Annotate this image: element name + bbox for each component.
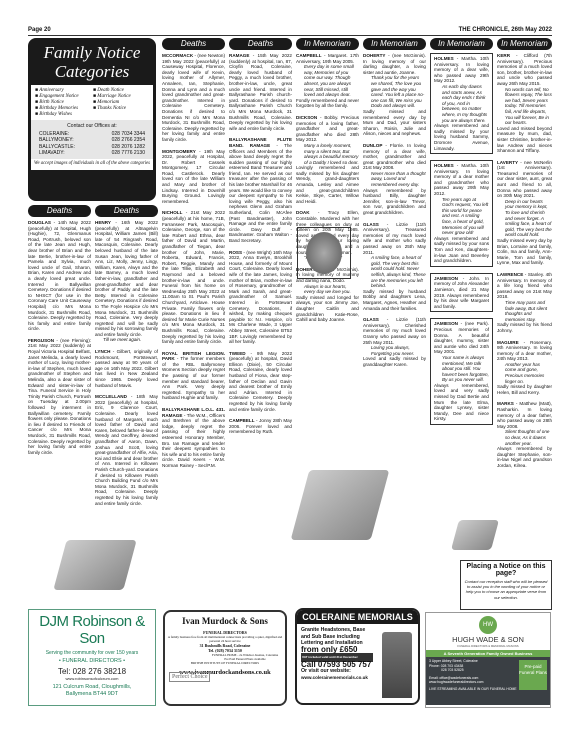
notice-entry: DOHERTY - (nee McGinnis). In loving memo… — [363, 53, 426, 137]
category-item: Birthday Memories — [35, 106, 91, 111]
notice-verse: Loving you always, Forgetting you never. — [363, 345, 426, 356]
notice-entry: LAWRENCE - Stanley. 4th Anniversary. In … — [497, 272, 552, 334]
notice-signoff: Always remembered and sadly missed by yo… — [434, 123, 489, 151]
notice-signoff: Sadly missed and remembered every day by… — [363, 109, 426, 137]
column-3: Deaths MCCORMACK - (nee Newton) 19th May… — [162, 38, 225, 475]
category-item: Engagement Notice — [35, 94, 91, 99]
notice-name: ROSS — [229, 250, 242, 255]
column-6: In Memoriam DOHERTY - (nee McGinnis). In… — [363, 38, 426, 373]
notice-name: MAGUIRE — [497, 340, 519, 345]
notice-verse: No words can tell, No flowers repay, The… — [497, 87, 552, 126]
notice-signoff: Sadly missed every day by Brian, Lorrain… — [497, 238, 552, 266]
notice-entry: GLASS - Lizzie (11th Anniversary). Treas… — [363, 222, 426, 312]
section-header-memoriam: In Memoriam — [497, 38, 552, 50]
notice-name: MCCORMACK — [162, 53, 193, 58]
advert-name: Ivan Murdock & Sons — [167, 616, 283, 626]
notice-entry: LAVERTY - nee McNerlin (1st Anniversary)… — [497, 160, 552, 266]
notice-verse: Many a lonely moment, many a silent tear… — [296, 143, 359, 165]
notice-name: KERR — [497, 53, 510, 58]
page-header: Page 20 THE CHRONICLE, 26th May 2022 — [28, 27, 552, 35]
prepaid-plans-badge: Pre-paid Funeral Plans — [519, 660, 547, 690]
notice-text: ROYAL BRITISH LEGION. PARK - The former … — [162, 351, 225, 401]
advert-tagline: Serving the community for over 150 years — [29, 650, 155, 656]
notice-name: CAMPBELL — [296, 53, 322, 58]
notice-text: MONTGOMERY - 19th May 2022, peacefully a… — [162, 149, 225, 205]
advert-address: 121 Culcrum Road, Cloughmills,Ballymena … — [29, 684, 155, 698]
notice-name: DICKSON — [296, 115, 317, 120]
notice-verse: Always in our hearts, every day we love … — [296, 284, 359, 295]
masthead: THE CHRONICLE, 26th May 2022 — [459, 27, 552, 33]
crest-icon — [306, 232, 342, 274]
advert-website[interactable]: www.robinsonsofculcrum.com — [29, 676, 155, 681]
office-row: LIMAVADY:028 7776 2130 — [39, 150, 145, 156]
notice-signoff: Sadly missed by daughter Helen, Bill and… — [497, 384, 552, 395]
column-2: Deaths HENRY - 16th May 2022 (peacefully… — [95, 205, 158, 512]
notice-entry: RAMAGE - 15th May 2022 (suddenly) at hos… — [229, 53, 292, 131]
placing-notice-box: Placing a Notice on this page? Contact o… — [460, 560, 552, 610]
bible-image — [451, 520, 499, 550]
notice-text: HOLMES - Martha. 10th Anniversary. In lo… — [434, 163, 489, 197]
contact-offices: Contact our Offices at: COLERAINE:028 70… — [31, 120, 153, 159]
advert-phone: Tel: 028 276 38218 — [29, 667, 155, 676]
notice-text: FERGUSON - (nee Fleming): 21st May 2022 … — [28, 338, 91, 455]
office-name: LIMAVADY: — [39, 150, 65, 156]
notice-entry: JAMIESON - (nee Park). Precious memories… — [430, 318, 493, 425]
notice-entry: MONTGOMERY - 19th May 2022, peacefully a… — [162, 149, 225, 205]
notice-text: DICKSON - Bobby. Precious memories of a … — [296, 115, 359, 143]
bible-image — [53, 540, 136, 590]
notice-text: DOHERTY - (nee McGinnis). In loving memo… — [363, 53, 426, 75]
notice-text: BALLYRASHANE FLUTE BAND. RAMAGE - The Of… — [229, 137, 292, 243]
category-list: AnniversaryDeath NoticeEngagement Notice… — [31, 85, 153, 120]
notice-name: DUNLOP — [363, 143, 382, 148]
office-phone: 028 7776 2130 — [112, 150, 145, 156]
notice-entry: CAMPBELL - Margaret. 17th Anniversary, 1… — [296, 53, 359, 109]
advert-website[interactable]: www.colerainememorials.co.uk — [301, 675, 373, 682]
category-item: Thanks Notice — [93, 106, 149, 111]
notice-verse: Thank you for the years we shared, The l… — [363, 75, 426, 109]
notice-text: CAMPBELL - Margaret. 17th Anniversary, 1… — [296, 53, 359, 64]
notice-text: LYNCH - Gilbert, originally of Rockmount… — [95, 349, 158, 388]
notice-verse: Your name is always mentioned, We talk a… — [434, 355, 489, 383]
notice-entry: HENRY - 16th May 2022 (peacefully) at Al… — [95, 220, 158, 343]
notice-signoff: Lovingly remembered and sadly missed by … — [296, 165, 359, 204]
notice-text: NICHOLL - 21st May 2022 (peacefully) at … — [162, 210, 225, 344]
notice-name: HOLMES — [434, 56, 454, 61]
notice-entry: DICKSON - Bobby. Precious memories of a … — [296, 115, 359, 205]
notice-entry: BALLYRASHANE FLUTE BAND. RAMAGE - The Of… — [229, 137, 292, 243]
notice-entry: TWEED - 9th May 2022 (peacefully) at hos… — [229, 351, 292, 413]
notice-verse: As each day dawns and starts anew, As ea… — [434, 84, 489, 123]
notice-verse: Till we meet again. — [95, 337, 158, 343]
notice-name: MCCLELLAND — [95, 394, 127, 399]
notice-text: JAMIESON - (nee Park). Precious memories… — [434, 321, 489, 355]
notice-entry: DUNLOP - Florrie. In loving memory of a … — [363, 143, 426, 216]
column-5: In Memoriam CAMPBELL - Margaret. 17th An… — [296, 38, 359, 329]
section-header-memoriam: In Memoriam — [296, 38, 359, 50]
hugh-wade-advert[interactable]: HW HUGH WADE & SON FUNERAL DIRECTORS & M… — [425, 612, 551, 708]
notice-name: LYNCH — [95, 349, 110, 354]
notice-name: NICHOLL — [162, 210, 182, 215]
category-item: Death Notice — [93, 88, 149, 93]
column-1: Deaths DOUGLAS - 14th May 2022 (peaceful… — [28, 205, 91, 461]
notice-name: GLASS — [363, 222, 379, 227]
notice-verse: Time may pass and fade away, But silent … — [497, 300, 552, 322]
notice-name: HENRY — [95, 220, 111, 225]
notice-signoff: Sadly missed by his friend Johnny. — [497, 322, 552, 333]
notice-entry: ROYAL BRITISH LEGION. PARK - The former … — [162, 351, 225, 401]
notice-name: JAMIESON — [434, 321, 458, 326]
category-item: Anniversary — [35, 88, 91, 93]
notice-text: RAMAGE - 15th May 2022 (suddenly) at hos… — [229, 53, 292, 131]
page-number: Page 20 — [28, 27, 51, 33]
notice-entry: CAMPBELL - Jonny 28th May 2006. Forever … — [229, 418, 292, 435]
advert-name: DJM Robinson & Son — [29, 613, 155, 647]
contact-title: Contact our Offices at: — [39, 123, 145, 129]
notice-name: DOAK — [296, 210, 310, 215]
notice-entry: DOUGLAS - 14th May 2022 (peacefully) at … — [28, 220, 91, 332]
category-item: Birth Notice — [35, 100, 91, 105]
notice-entry: HOLMES - Martha. 10th Anniversary. In lo… — [430, 160, 493, 267]
advert-contact: 3 Upper Abbey Street, Coleraine Phone: 0… — [426, 657, 550, 705]
notice-text: CAMPBELL - Jonny 28th May 2006. Forever … — [229, 418, 292, 435]
notice-text: MCCORMACK - (nee Newton) 19th May 2022 (… — [162, 53, 225, 143]
notice-entry: HOLMES - Martha. 10th Anniversary. In lo… — [430, 53, 493, 154]
notice-entry: KERR - Clifford (7th Anniversary). Preci… — [497, 53, 552, 154]
notice-entry: GLASS - Lizzie (11th Anniversary). Cheri… — [363, 317, 426, 367]
notice-name: LAVERTY — [497, 160, 518, 165]
notice-verse: Silent thoughts of one so dear, As it da… — [497, 429, 552, 446]
section-header-deaths: Deaths — [95, 205, 158, 217]
notice-name: LAWRENCE — [497, 272, 523, 277]
headstone-image — [382, 632, 412, 698]
notice-entry: BALLYRASHANE L.O.L. 431. RAMAGE - The W.… — [162, 407, 225, 469]
notice-name: ROYAL BRITISH LEGION. PARK — [162, 351, 225, 362]
hw-logo-icon: HW — [479, 616, 497, 634]
notice-text: MCCLELLAND - 18th May 2022 (peacefully) … — [95, 394, 158, 506]
advert-name: HUGH WADE & SON — [426, 635, 550, 644]
notice-name: TWEED — [229, 351, 246, 356]
advert-institute: BRITISH INSTITUTE OF FUNERAL DIRECTORS — [167, 661, 283, 665]
accept-images-note: We accept images of individuals in all o… — [31, 159, 153, 170]
notice-text: MARKS - Matthew (Matt), Rasharkin. In lo… — [497, 401, 552, 429]
notice-name: JAMIESON — [434, 276, 458, 281]
header-rule — [28, 35, 552, 36]
section-header-deaths: Deaths — [162, 38, 225, 50]
notice-name: GLASS — [363, 317, 379, 322]
notice-name: FERGUSON — [28, 338, 54, 343]
notice-verse: A smiling face, a heart of gold, The ver… — [363, 255, 426, 289]
notice-name: DOHERTY — [363, 53, 385, 58]
bible-image — [291, 470, 390, 540]
notice-entry: FERGUSON - (nee Fleming): 21st May 2022 … — [28, 338, 91, 455]
advert-description: A family business free from all multinat… — [167, 635, 283, 643]
category-item: Birthday Wishes — [35, 112, 91, 117]
advert-banner: A Seventh Generation Family Owned Busine… — [426, 650, 550, 657]
notice-entry: MAGUIRE - Rosemary. 9th Anniversary. In … — [497, 340, 552, 396]
section-header-deaths: Deaths — [229, 38, 292, 50]
notice-text: HENRY - 16th May 2022 (peacefully) at Al… — [95, 220, 158, 337]
notice-verse: Never more than a thought away, Loved an… — [363, 171, 426, 188]
coleraine-memorials-advert[interactable]: COLERAINE MEMORIALS Granite Headstones, … — [295, 608, 420, 705]
notice-verse: Another year has come and gone, Precious… — [497, 362, 552, 384]
notice-entry: MCCLELLAND - 18th May 2022 (peacefully) … — [95, 394, 158, 506]
advert-name: COLERAINE MEMORIALS — [297, 610, 418, 624]
notice-signoff: Fondly remembered and never forgotten by… — [296, 98, 359, 109]
notice-text: LAWRENCE - Stanley. 4th Anniversary. In … — [497, 272, 552, 300]
notice-name: BALLYRASHANE L.O.L. 431. RAMAGE — [162, 407, 225, 418]
category-item: Memoriam — [93, 100, 149, 105]
advert-body: Granite Headstones, Base and Sub Base in… — [297, 624, 377, 684]
categories-title: Family NoticeCategories — [31, 43, 153, 81]
notice-name: BALLYRASHANE FLUTE BAND. RAMAGE — [229, 137, 292, 148]
perfect-choice-logo: Perfect Choice — [169, 672, 210, 682]
djm-robinson-advert[interactable]: DJM Robinson & Son Serving the community… — [28, 609, 156, 706]
notice-name: MARKS — [497, 401, 514, 406]
notice-entry: MARKS - Matthew (Matt), Rasharkin. In lo… — [497, 401, 552, 468]
placing-text: Contact our reception staff who will be … — [463, 579, 549, 600]
notice-text: ROSS - (nee Wright) 16th May 2022, Anna … — [229, 250, 292, 345]
ivan-murdock-advert[interactable]: Ivan Murdock & Sons FUNERAL DIRECTORS A … — [163, 610, 287, 706]
notice-verse: Deep in our hearts your memory is kept, … — [497, 199, 552, 238]
notice-signoff: Loved and missed beyond measure by mum, … — [497, 126, 552, 154]
notice-text: DUNLOP - Florrie. In loving memory of a … — [363, 143, 426, 171]
notice-signoff: Loved and sadly missed by granddaughter … — [363, 356, 426, 367]
notice-text: JAMIESON - John. In memory of John Alexa… — [434, 276, 489, 310]
notice-signoff: Sadly missed and longed for always, your… — [296, 295, 359, 323]
notice-signoff: Sadly missed by husband Bobby and daught… — [363, 289, 426, 311]
section-header-deaths: Deaths — [28, 205, 91, 217]
notice-name: CAMPBELL — [229, 418, 255, 423]
column-4: Deaths RAMAGE - 15th May 2022 (suddenly)… — [229, 38, 292, 441]
notice-signoff: Always remembered and sadly missed by yo… — [434, 236, 489, 264]
notice-entry: MCCORMACK - (nee Newton) 19th May 2022 (… — [162, 53, 225, 143]
notice-name: RAMAGE — [229, 53, 249, 58]
notice-text: BALLYRASHANE L.O.L. 431. RAMAGE - The W.… — [162, 407, 225, 469]
column-7: In Memoriam HOLMES - Martha. 10th Annive… — [430, 38, 493, 431]
section-header-memoriam: In Memoriam — [430, 38, 493, 50]
notice-text: MAGUIRE - Rosemary. 9th Anniversary. In … — [497, 340, 552, 362]
advert-service: • FUNERAL DIRECTORS • — [29, 658, 155, 664]
notice-entry: NICHOLL - 21st May 2022 (peacefully) at … — [162, 210, 225, 344]
notice-name: DOUGLAS — [28, 220, 51, 225]
notice-name: MONTGOMERY — [162, 149, 196, 154]
notice-text: KERR - Clifford (7th Anniversary). Preci… — [497, 53, 552, 87]
notice-verse: Ten years ago at God's request, You left… — [434, 197, 489, 236]
notice-text: GLASS - Lizzie (11th Anniversary). Cheri… — [363, 317, 426, 345]
placing-title: Placing a Notice on this page? — [463, 563, 549, 577]
notice-text: GLASS - Lizzie (11th Anniversary). Treas… — [363, 222, 426, 256]
advert-sub: FUNERAL DIRECTORS & MEMORIAL MASONS — [426, 644, 550, 648]
notice-name: HOLMES — [434, 163, 454, 168]
notice-text: LAVERTY - nee McNerlin (1st Anniversary)… — [497, 160, 552, 199]
notice-entry: ROSS - (nee Wright) 16th May 2022, Anna … — [229, 250, 292, 345]
notice-entry: LYNCH - Gilbert, originally of Rockmount… — [95, 349, 158, 388]
notice-signoff: Always remembered by daughter Stephanie,… — [497, 446, 552, 468]
notice-verse: Every day in some small way, Memories of… — [296, 64, 359, 98]
column-8: In Memoriam KERR - Clifford (7th Anniver… — [497, 38, 552, 475]
notice-text: DOUGLAS - 14th May 2022 (peacefully) at … — [28, 220, 91, 332]
notice-signoff: Always remembered by husband Billy, daug… — [363, 188, 426, 216]
family-notice-categories-box: Family NoticeCategories AnniversaryDeath… — [28, 38, 156, 201]
police-crest-image — [297, 227, 351, 279]
notice-text: TWEED - 9th May 2022 (peacefully) at hos… — [229, 351, 292, 413]
notice-entry: JAMIESON - John. In memory of John Alexa… — [430, 273, 493, 313]
notice-text: HOLMES - Martha. 10th Anniversary. In lo… — [434, 56, 489, 84]
section-header-memoriam: In Memoriam — [363, 38, 426, 50]
notice-signoff: Always remembered, loved and very sadly … — [434, 383, 489, 422]
category-item: Marriage Notice — [93, 94, 149, 99]
